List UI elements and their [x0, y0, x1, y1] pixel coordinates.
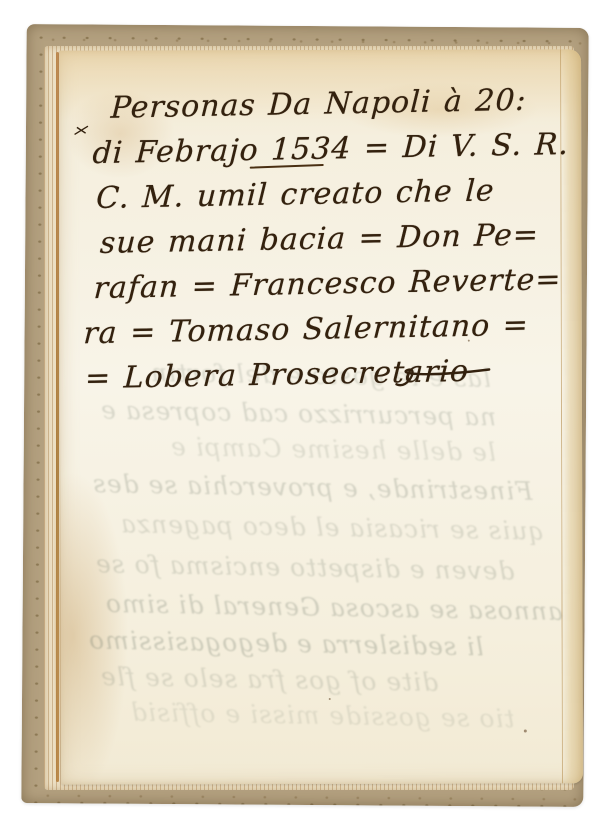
manuscript-line: ra = Tomaso Salernitano = — [82, 302, 554, 356]
ink-speck — [524, 729, 527, 732]
pen-flourish-mark — [74, 104, 91, 116]
photo-background: las e le gosto e del fortin na percurriz… — [0, 0, 600, 840]
manuscript-text: Personas Da Napoli à 20: di Febrajo 1534… — [80, 77, 566, 401]
end-flourish — [392, 356, 494, 403]
ink-speck — [329, 698, 331, 700]
gutter-stain — [54, 471, 129, 801]
